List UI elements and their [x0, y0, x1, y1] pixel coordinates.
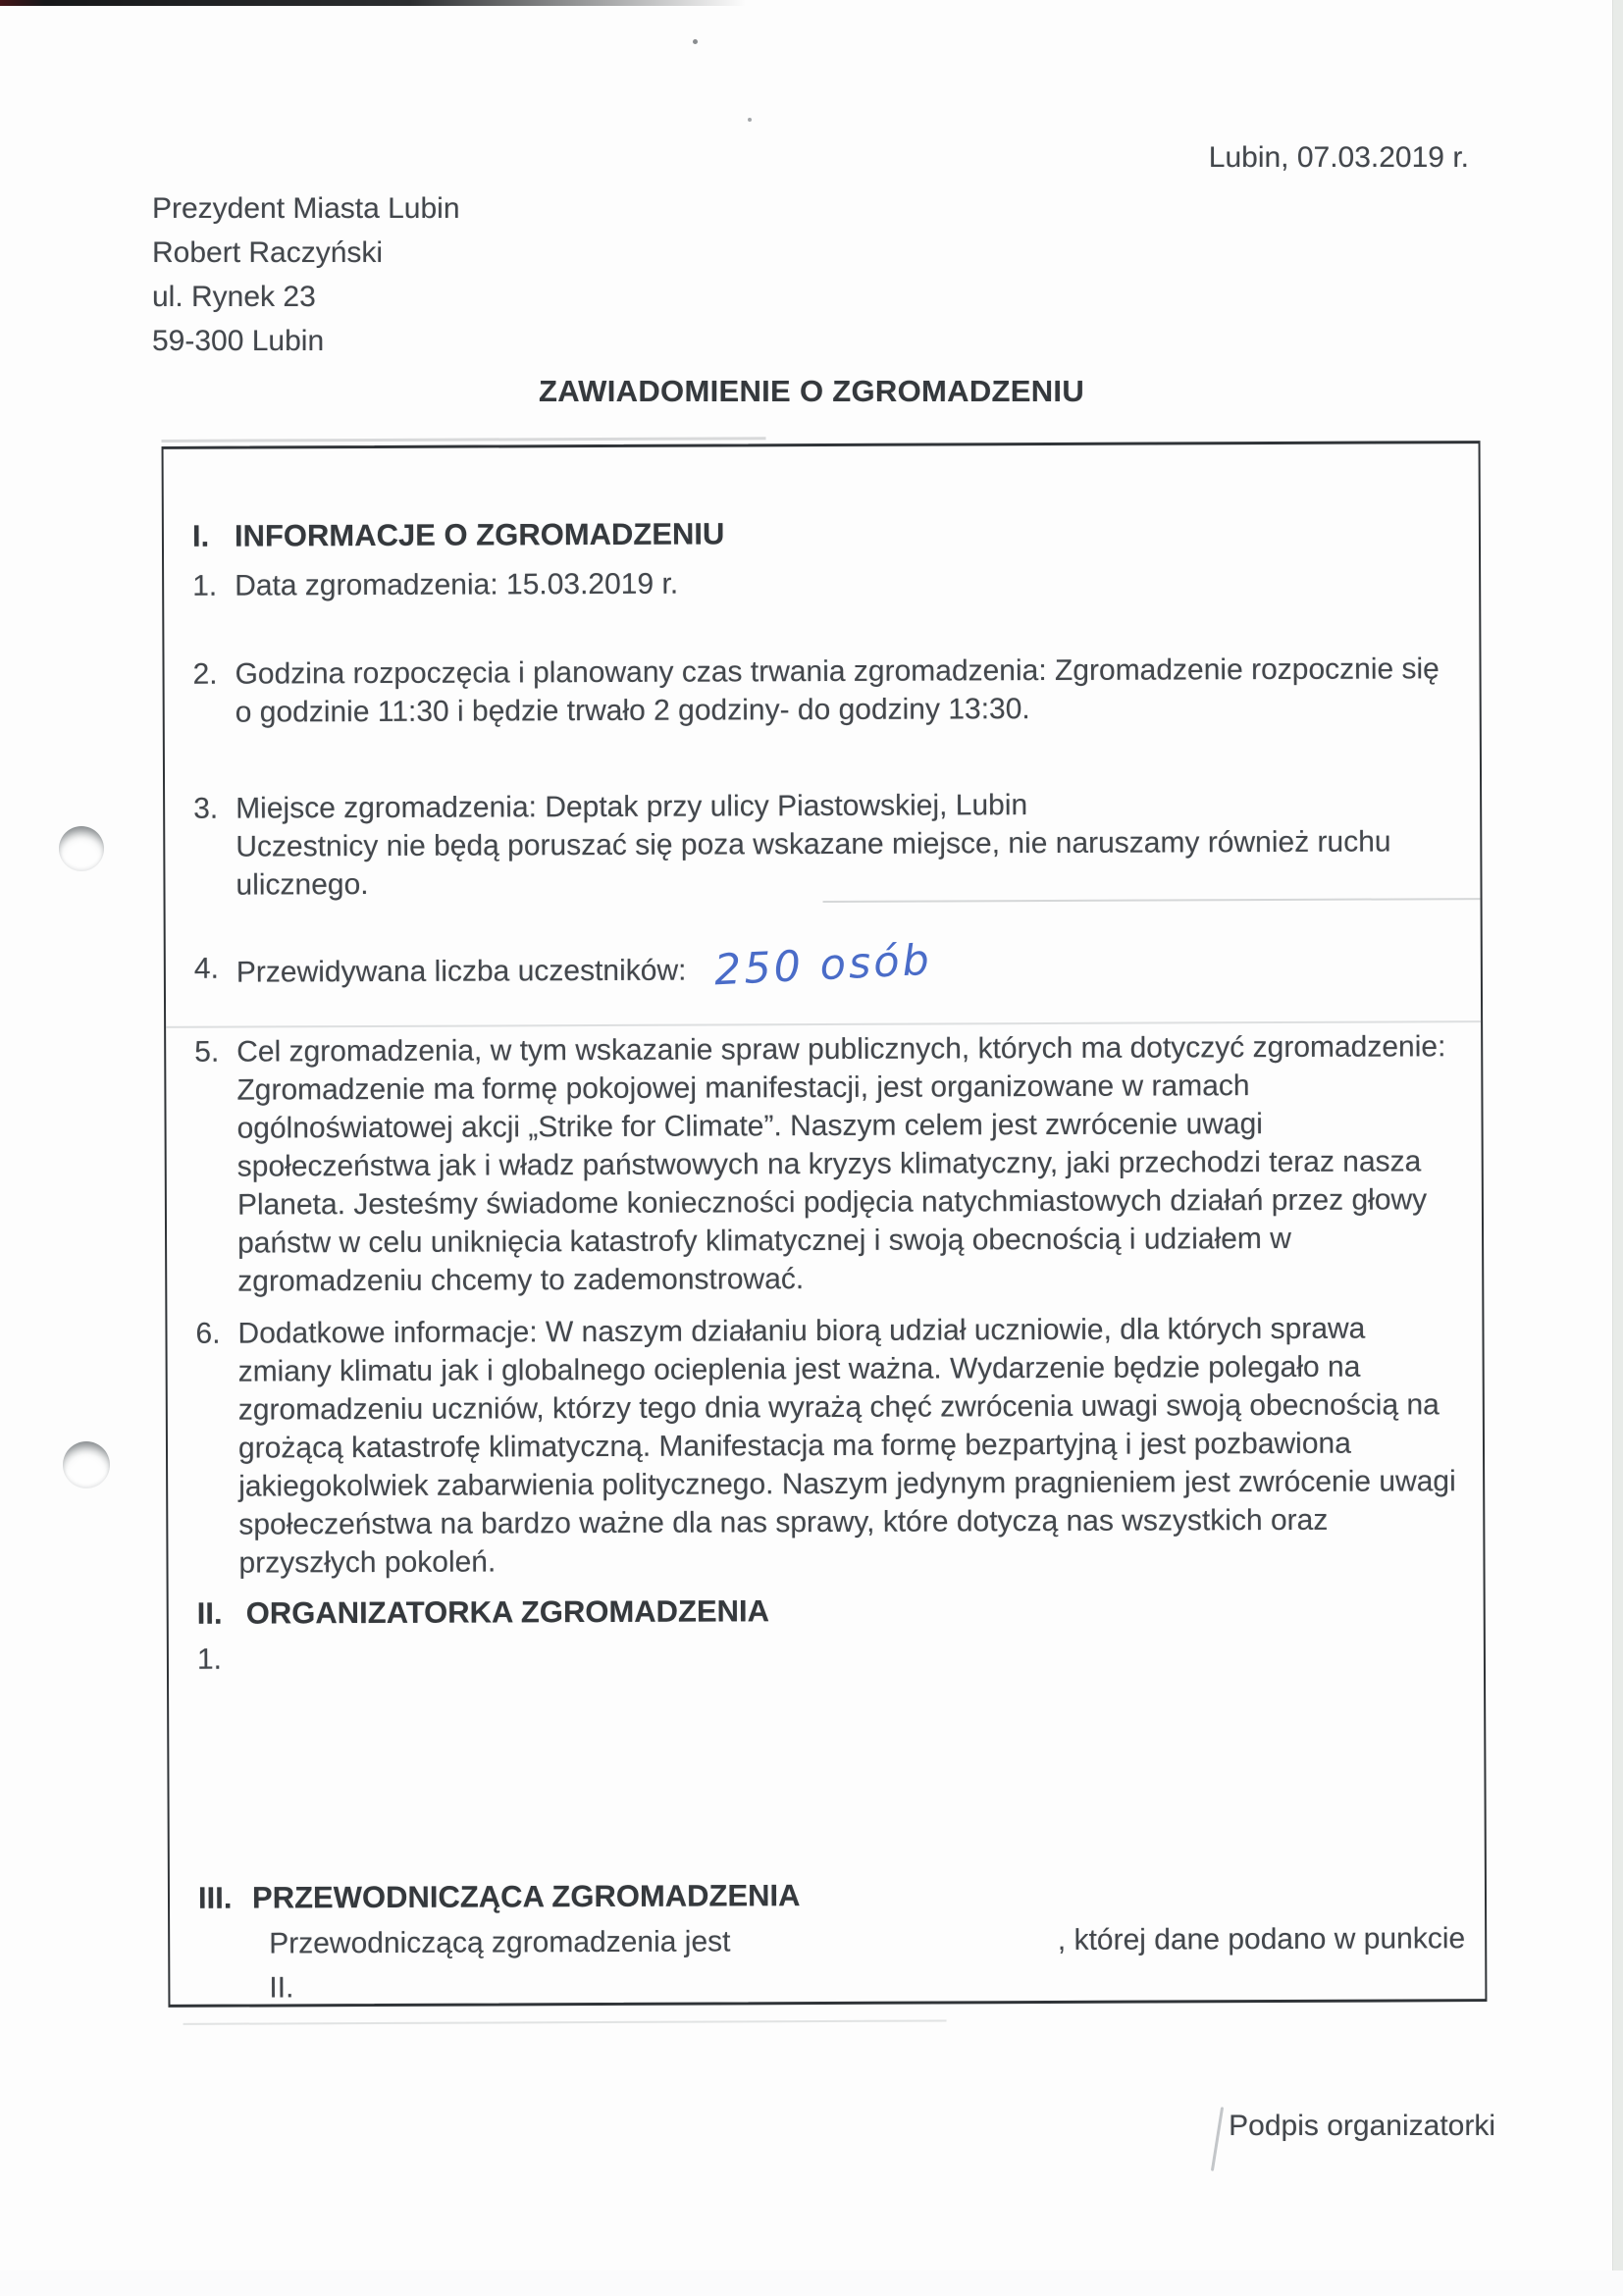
chairperson-line: Przewodniczącą zgromadzenia jest , które…: [198, 1919, 1471, 1963]
scan-speck: [748, 118, 752, 122]
form-item-3: 3. Miejsce zgromadzenia: Deptak przy uli…: [193, 784, 1466, 905]
form-item-2: 2. Godzina rozpoczęcia i planowany czas …: [192, 650, 1465, 732]
item-line: Cel zgromadzenia, w tym wskazanie spraw …: [236, 1027, 1467, 1070]
form-item-6: 6. Dodatkowe informacje: W naszym działa…: [195, 1309, 1469, 1583]
item-number: 1.: [197, 1641, 239, 1679]
chairperson-line-right: , której dane podano w punkcie: [1058, 1919, 1471, 1959]
notification-form-box: I. INFORMACJE O ZGROMADZENIU 1. Data zgr…: [162, 441, 1488, 2008]
chairperson-ref: II.: [269, 1968, 293, 2007]
chairperson-line-continuation: II.: [198, 1963, 1471, 2008]
chairperson-line-left: Przewodniczącą zgromadzenia jest: [269, 1922, 730, 1962]
item-line: zmiany klimatu jak i globalnego ocieplen…: [238, 1347, 1469, 1390]
scan-speck: [693, 39, 698, 44]
item-line: zgromadzeniu chcemy to zademonstrować.: [237, 1257, 1468, 1300]
item-line: Przewidywana liczba uczestników:: [236, 955, 687, 989]
date-line: Lubin, 07.03.2019 r.: [1209, 141, 1469, 175]
section-heading-1: I. INFORMACJE O ZGROMADZENIU: [192, 511, 1465, 555]
item-line: o godzinie 11:30 i będzie trwało 2 godzi…: [236, 688, 1466, 731]
scan-edge-artifact-top: [0, 0, 746, 6]
section-number: II.: [197, 1594, 246, 1633]
section-heading-3: III. PRZEWODNICZĄCA ZGROMADZENIA: [198, 1873, 1471, 1917]
row-separator: [166, 1020, 1481, 1028]
scanned-document-page: Lubin, 07.03.2019 r. Prezydent Miasta Lu…: [0, 0, 1623, 2296]
recipient-line: 59-300 Lubin: [152, 319, 460, 363]
punch-hole: [59, 826, 104, 871]
item-number: 2.: [192, 655, 235, 694]
item-number: 3.: [193, 790, 236, 828]
item-line: Dodatkowe informacje: W naszym działaniu…: [237, 1309, 1468, 1352]
section-heading-2: II. ORGANIZATORKA ZGROMADZENIA: [197, 1589, 1470, 1633]
item-line: Godzina rozpoczęcia i planowany czas trw…: [235, 650, 1465, 693]
punch-hole: [63, 1441, 110, 1488]
item-number: 4.: [194, 950, 236, 988]
item-line: ogólnoświatowej akcji „Strike for Climat…: [236, 1104, 1467, 1147]
item-line: jakiegokolwiek zabarwienia politycznego.…: [238, 1462, 1469, 1505]
item-line: Data zgromadzenia: 15.03.2019 r.: [235, 568, 678, 602]
pen-mark: [1211, 2107, 1224, 2171]
participants-handwritten-value: 250 osób: [713, 942, 933, 991]
item-number: 5.: [194, 1033, 236, 1071]
item-line: ulicznego.: [236, 861, 1466, 904]
recipient-line: ul. Rynek 23: [152, 275, 460, 319]
item-line: społeczeństwa na bardzo ważne dla nas sp…: [238, 1500, 1469, 1543]
item-line: grożącą katastrofę klimatyczną. Manifest…: [238, 1424, 1469, 1467]
recipient-line: Prezydent Miasta Lubin: [152, 186, 460, 231]
form-item-1: 1. Data zgromadzenia: 15.03.2019 r.: [192, 561, 1465, 605]
organizer-item-1: 1.: [197, 1635, 1470, 1679]
section-heading-label: INFORMACJE O ZGROMADZENIU: [235, 511, 1465, 554]
section-heading-label: PRZEWODNICZĄCA ZGROMADZENIA: [252, 1873, 1471, 1916]
item-line: państw w celu uniknięcia katastrofy klim…: [237, 1219, 1468, 1262]
form-item-5: 5. Cel zgromadzenia, w tym wskazanie spr…: [194, 1027, 1468, 1301]
item-line: Zgromadzenie ma formę pokojowej manifest…: [236, 1066, 1467, 1109]
recipient-line: Robert Raczyński: [152, 231, 460, 275]
page-title: ZAWIADOMIENIE O ZGROMADZENIU: [0, 374, 1623, 409]
section-heading-label: ORGANIZATORKA ZGROMADZENIA: [246, 1589, 1470, 1632]
scan-edge-artifact-bottom: [0, 2270, 1623, 2296]
recipient-block: Prezydent Miasta Lubin Robert Raczyński …: [152, 186, 460, 363]
section-number: III.: [198, 1879, 252, 1917]
item-line: zgromadzeniu uczniów, którzy tego dnia w…: [238, 1385, 1469, 1429]
item-number: 1.: [192, 567, 235, 605]
item-line: Planeta. Jesteśmy świadome konieczności …: [237, 1180, 1468, 1224]
item-line: przyszłych pokoleń.: [238, 1539, 1469, 1582]
item-line: społeczeństwa jak i władz państwowych na…: [237, 1142, 1468, 1185]
section-number: I.: [192, 517, 235, 555]
form-item-4: 4. Przewidywana liczba uczestników:250 o…: [194, 944, 1467, 992]
item-number: 6.: [195, 1315, 237, 1353]
item-line: Uczestnicy nie będą poruszać się poza ws…: [236, 822, 1466, 865]
item-line: Miejsce zgromadzenia: Deptak przy ulicy …: [236, 784, 1466, 827]
scan-edge-artifact-right: [1612, 0, 1623, 2296]
signature-caption: Podpis organizatorki: [1229, 2110, 1495, 2143]
